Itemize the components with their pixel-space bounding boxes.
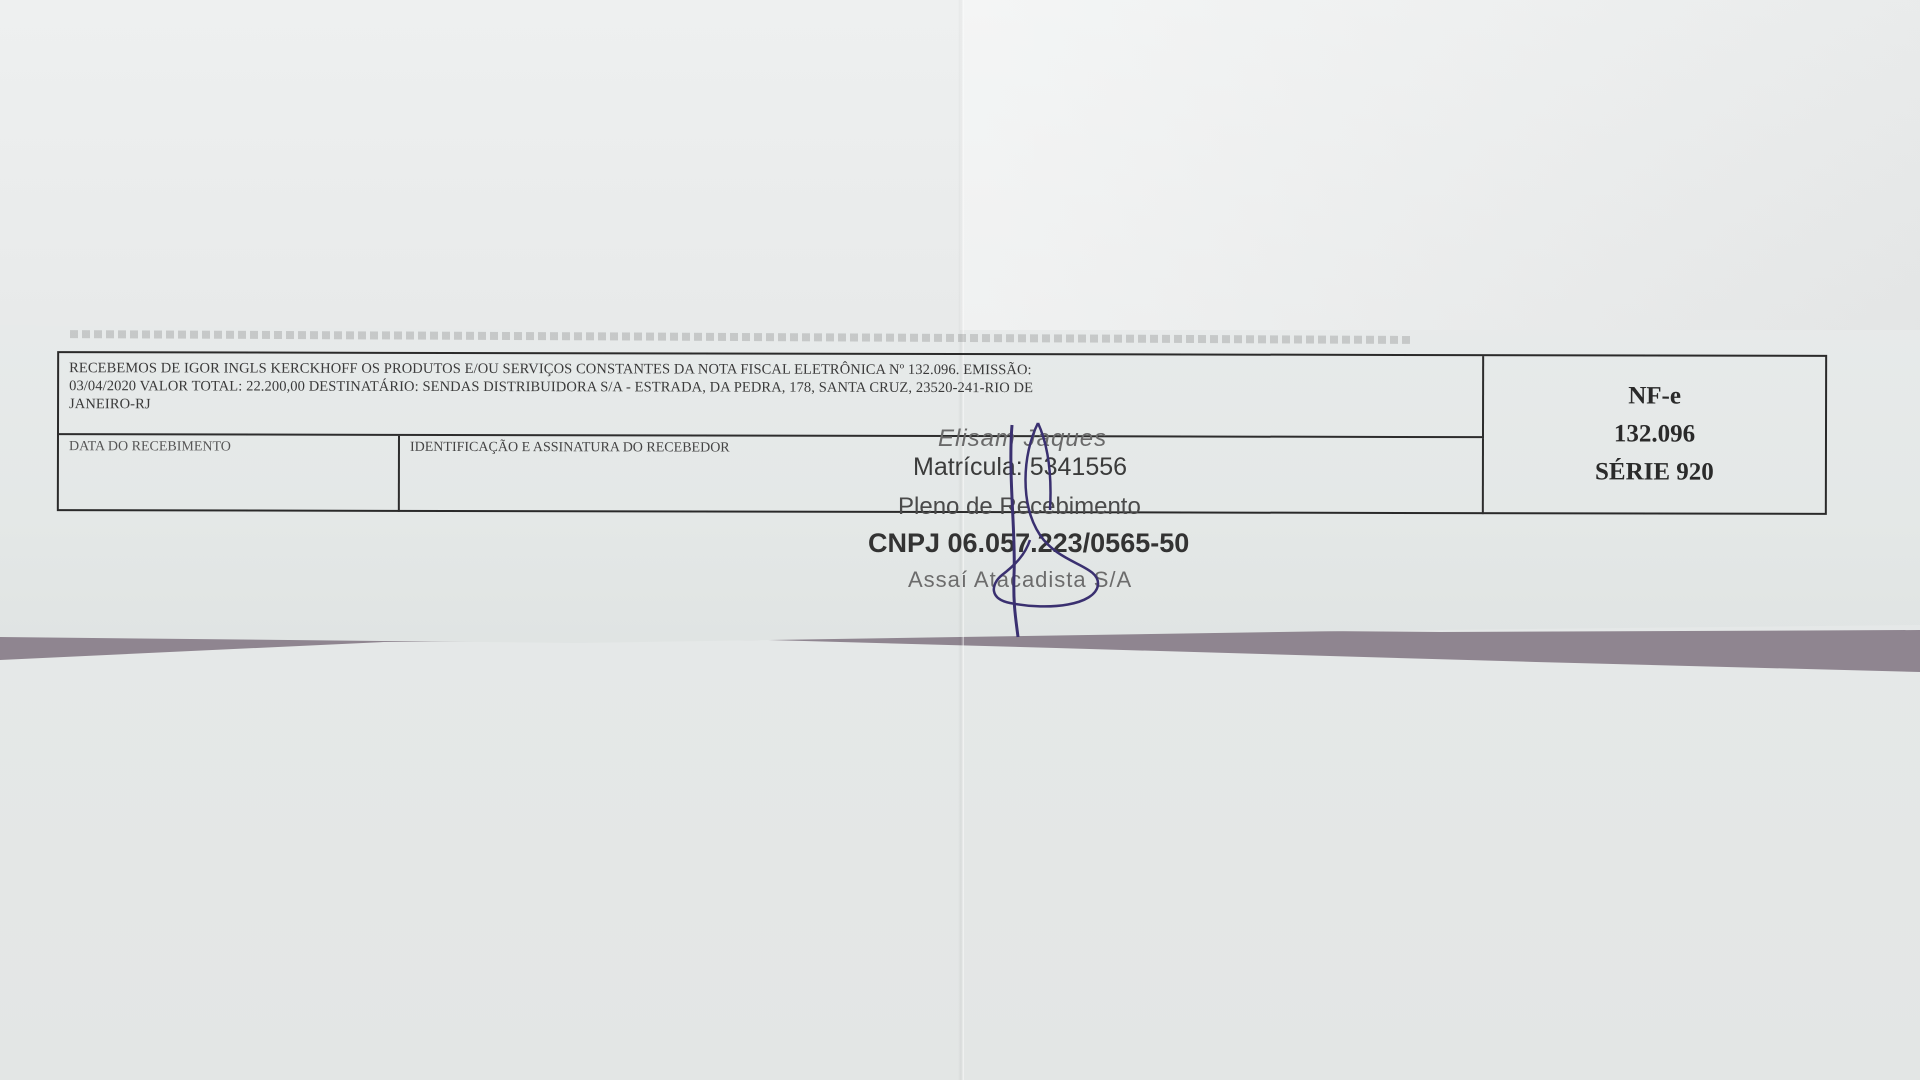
receipt-date-field: DATA DO RECEBIMENTO (59, 435, 400, 512)
declaration-line-2: 03/04/2020 VALOR TOTAL: 22.200,00 DESTIN… (69, 377, 1472, 398)
stamp-setor: Pleno de Recebimento (898, 493, 1141, 521)
paper-background-right-shade (960, 0, 1920, 330)
nfe-label: NF-e (1628, 382, 1681, 410)
nfe-number: 132.096 (1614, 420, 1695, 448)
nfe-serie: SÉRIE 920 (1595, 458, 1714, 486)
stamp-name: Elisam Jaques (938, 425, 1107, 453)
receipt-date-label: DATA DO RECEBIMENTO (69, 439, 231, 454)
declaration-line-3: JANEIRO-RJ (69, 395, 1472, 416)
receiver-signature-label: IDENTIFICAÇÃO E ASSINATURA DO RECEBEDOR (410, 440, 730, 456)
stamp-cnpj: CNPJ 06.057.223/0565-50 (868, 528, 1189, 559)
receiver-stamp: Elisam Jaques Matrícula: 5341556 Pleno d… (868, 425, 1218, 595)
stamp-company: Assaí Atacadista S/A (908, 567, 1132, 593)
nfe-box: NF-e 132.096 SÉRIE 920 (1484, 356, 1825, 513)
stamp-matricula: Matrícula: 5341556 (913, 453, 1127, 482)
receipt-declaration: RECEBEMOS DE IGOR INGLS KERCKHOFF OS PRO… (59, 353, 1484, 438)
